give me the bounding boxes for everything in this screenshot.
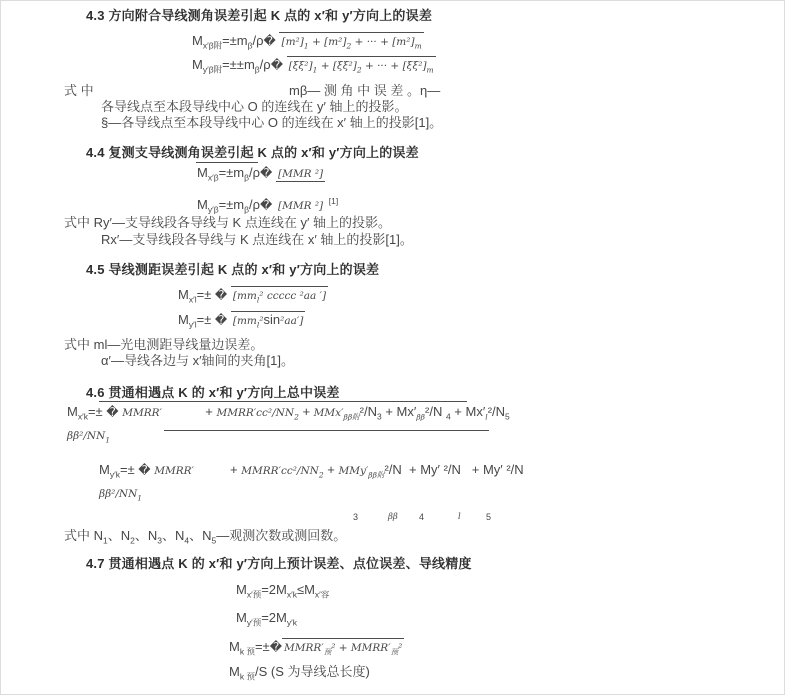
formula-mx-distance: Mx′l=± � [mml² ccccc ²aa ′] (178, 286, 328, 308)
formula-my-beta-repeat: My′β=±mβ/ρ� [MMR ²] [1] (197, 193, 338, 218)
formula-mk-predicted: Mk 预=±�MMRR′预² + MMRR′预² (229, 638, 404, 660)
formula-my-total: My′k=± � MMRR′ + MMRR′cc²/NN2 + MMy′ββ附²… (99, 462, 524, 484)
radical-bar-line (164, 430, 489, 431)
section-4-6-heading: 4.6 贯通相遇点 K 的 x′和 y′方向上总中误差 (86, 385, 340, 401)
stray-subscript: ββ (388, 509, 398, 525)
formula-mx-beta-repeat: Mx′β=±mβ/ρ� [MMR ²] (197, 165, 325, 186)
stray-subscript: 4 (419, 509, 424, 525)
formula-my-predicted: My′预=2My′k (236, 610, 297, 631)
note-mbeta-eta: mβ— 测 角 中 误 差 。η— (289, 83, 440, 99)
formula-mx-predicted: Mx′预=2Mx′k≤Mx′容 (236, 582, 329, 603)
note-rx-projection: Rx′—支导线段各导线与 K 点连线在 x′ 轴上的投影[1]。 (101, 232, 413, 248)
section-4-3-heading: 4.3 方向附合导线测角误差引起 K 点的 x′和 y′方向上的误差 (86, 8, 432, 24)
note-xi-projection: §—各导线点至本段导线中心 O 的连线在 x′ 轴上的投影[1]。 (101, 115, 442, 131)
note-observation-counts: 式中 N1、N2、N3、N4、N5—观测次数或测回数。 (64, 528, 346, 549)
stray-subscript: l (458, 509, 461, 525)
formula-mx-total-sub-term: ββ²/NN1 (67, 427, 110, 449)
formula-mx-total: Mx′k=± � MMRR′ + MMRR′cc²/NN2 + MMx′ββ附²… (67, 404, 510, 426)
formula-mk-precision: Mk 预/S (S 为导线总长度) (229, 664, 370, 685)
where-label: 式 中 (64, 83, 94, 99)
section-4-5-heading: 4.5 导线测距误差引起 K 点的 x′和 y′方向上的误差 (86, 262, 379, 278)
document-page: 4.3 方向附合导线测角误差引起 K 点的 x′和 y′方向上的误差 Mx′β附… (0, 0, 785, 695)
note-ml-error: 式中 ml—光电测距导线量边误差。 (64, 337, 263, 353)
section-4-4-heading: 4.4 复测支导线测角误差引起 K 点的 x′和 y′方向上的误差 (86, 145, 419, 161)
radical-bar-line (196, 162, 258, 163)
note-alpha-angle: α′—导线各边与 x′轴间的夹角[1]。 (101, 353, 294, 369)
note-eta-projection: 各导线点至本段导线中心 O 的连线在 y′ 轴上的投影。 (101, 99, 408, 115)
section-4-7-heading: 4.7 贯通相遇点 K 的 x′和 y′方向上预计误差、点位误差、导线精度 (86, 556, 472, 572)
formula-my-total-sub-term: ββ²/NN1 (99, 485, 142, 507)
radical-bar-line (99, 401, 467, 402)
note-ry-projection: 式中 Ry′—支导线段各导线与 K 点连线在 y′ 轴上的投影。 (64, 215, 391, 231)
formula-mx-beta-attached: Mx′β附=±mβ/ρ� [m²]1 + [m²]2 + ··· + [m²]m (192, 32, 424, 54)
formula-my-distance: My′l=± � [mml²sin²aa′] (178, 311, 305, 333)
stray-subscript: 3 (353, 509, 358, 525)
stray-subscript: 5 (486, 509, 491, 525)
formula-my-beta-attached: My′β附=±±mβ/ρ� [ξξ²]1 + [ξξ²]2 + ··· + [ξ… (192, 56, 436, 78)
